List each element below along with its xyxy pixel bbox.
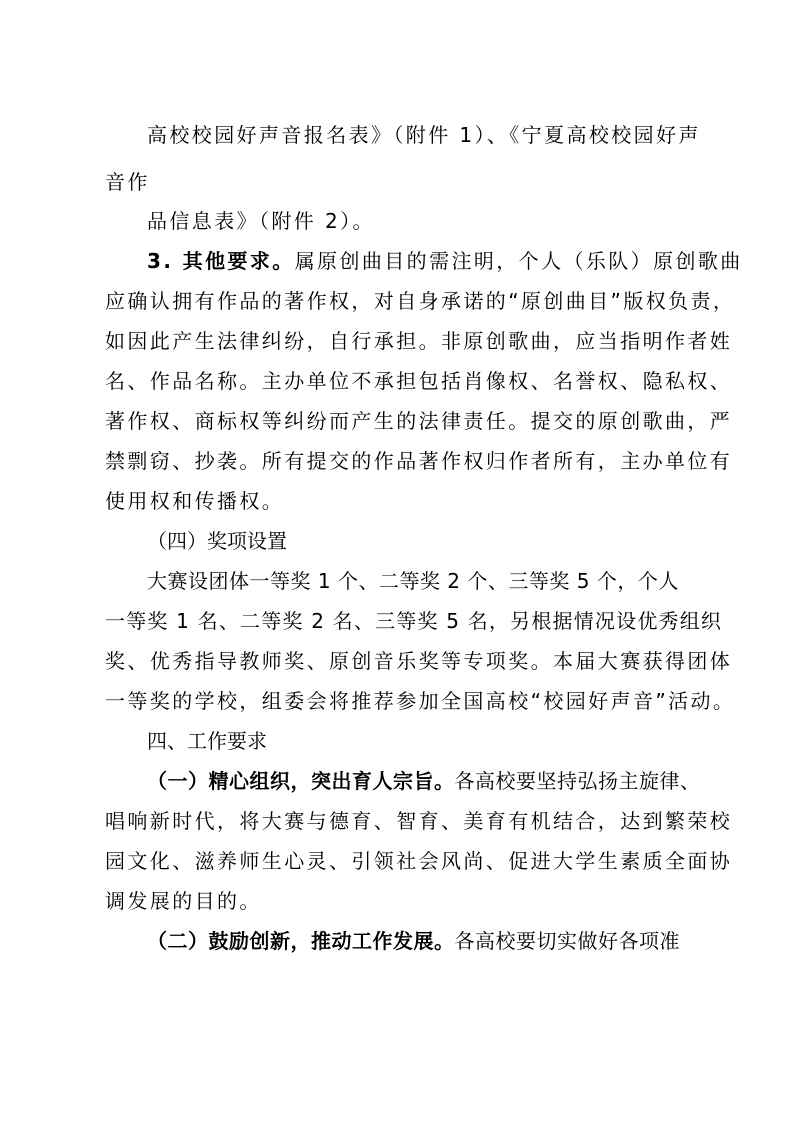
item-text: 属原创曲目的需注明，个人（乐队）原创歌曲 <box>295 249 743 273</box>
item-text: 各高校要坚持弘扬主旋律、 <box>455 769 701 793</box>
item-heading: （二）鼓励创新，推动工作发展。 <box>147 929 455 953</box>
item-heading: （一）精心组织，突出育人宗旨。 <box>147 769 455 793</box>
text-line: 名、作品名称。主办单位不承担包括肖像权、名誉权、隐私权、 <box>105 369 732 393</box>
text-line: 著作权、商标权等纠纷而产生的法律责任。提交的原创歌曲，严 <box>105 409 732 433</box>
item-text: 各高校要切实做好各项准 <box>455 929 681 953</box>
paragraph-other-requirements: 3. 其他要求。属原创曲目的需注明，个人（乐队）原创歌曲 <box>147 249 743 273</box>
paragraph-organize: （一）精心组织，突出育人宗旨。各高校要坚持弘扬主旋律、 <box>147 769 701 793</box>
text-line: 应确认拥有作品的著作权，对自身承诺的“原创曲目”版权负责， <box>105 289 735 313</box>
text-line: 一等奖的学校，组委会将推荐参加全国高校“校园好声音”活动。 <box>105 689 735 713</box>
text-line: 奖、优秀指导教师奖、原创音乐奖等专项奖。本届大赛获得团体 <box>105 649 732 673</box>
text-line: 唱响新时代，将大赛与德育、智育、美育有机结合，达到繁荣校 <box>105 809 732 833</box>
section-heading-awards: （四）奖项设置 <box>147 529 287 553</box>
text-line: 禁剽窃、抄袭。所有提交的作品著作权归作者所有，主办单位有 <box>105 449 732 473</box>
text-line: 园文化、滋养师生心灵、引领社会风尚、促进大学生素质全面协 <box>105 849 732 873</box>
document-page: 高校校园好声音报名表》（附件 1）、《宁夏高校校园好声 音作 品信息表》（附件 … <box>0 0 793 1122</box>
text-line: 品信息表》（附件 2）。 <box>147 209 375 233</box>
paragraph-innovate: （二）鼓励创新，推动工作发展。各高校要切实做好各项准 <box>147 929 680 953</box>
item-heading: 3. 其他要求。 <box>147 249 295 273</box>
text-line: 如因此产生法律纠纷，自行承担。非原创歌曲，应当指明作者姓 <box>105 329 732 353</box>
text-line: 高校校园好声音报名表》（附件 1）、《宁夏高校校园好声 <box>147 123 701 147</box>
text-line: 大赛设团体一等奖 1 个、二等奖 2 个、三等奖 5 个，个人 <box>147 569 679 593</box>
text-line: 一等奖 1 名、二等奖 2 名、三等奖 5 名，另根据情况设优秀组织 <box>105 609 722 633</box>
text-line: 使用权和传播权。 <box>105 489 284 513</box>
section-heading-work-requirements: 四、工作要求 <box>147 729 267 753</box>
text-line: 音作 <box>105 170 150 194</box>
text-line: 调发展的目的。 <box>105 889 262 913</box>
